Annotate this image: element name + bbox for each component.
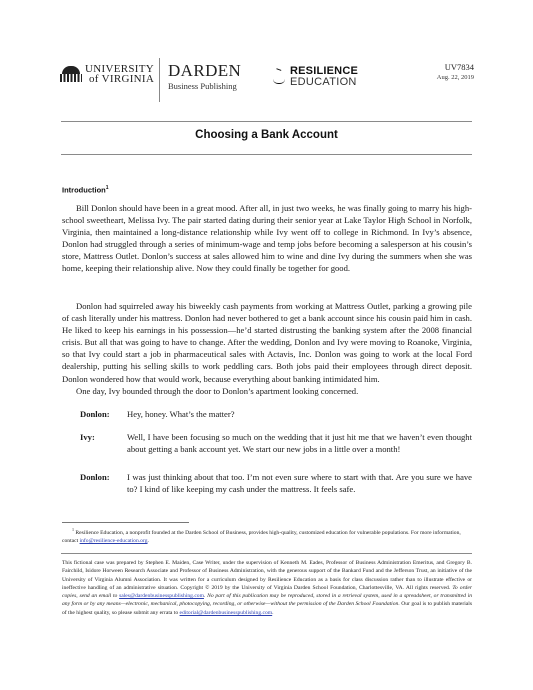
case-number: UV7834 xyxy=(437,62,474,73)
speaker-label: Donlon: xyxy=(80,408,127,420)
dialogue-text: Hey, honey. What’s the matter? xyxy=(127,408,472,420)
dialogue-line: Donlon: Hey, honey. What’s the matter? xyxy=(80,408,472,420)
rotunda-icon xyxy=(60,66,82,82)
legal-text-1: This fictional case was prepared by Step… xyxy=(62,560,472,591)
paragraph-1: Bill Donlon should have been in a great … xyxy=(62,202,472,275)
darden-name: DARDEN xyxy=(168,62,241,80)
footnote-marker: 1 xyxy=(72,527,74,532)
paragraph-2: Donlon had squirreled away his biweekly … xyxy=(62,300,472,385)
footnote: 1 Resilience Education, a nonprofit foun… xyxy=(62,526,472,545)
darden-subtitle: Business Publishing xyxy=(168,80,241,92)
legal-end: . xyxy=(272,610,273,616)
dialogue-line: Donlon: I was just thinking about that t… xyxy=(80,471,472,495)
editorial-email-link[interactable]: editorial@dardenbusinesspublishing.com xyxy=(180,610,273,616)
case-date: Aug. 22, 2019 xyxy=(437,73,474,82)
birds-icon xyxy=(273,67,287,87)
footnote-ref[interactable]: 1 xyxy=(106,185,109,191)
section-heading: Introduction1 xyxy=(62,185,109,195)
logo-divider xyxy=(159,58,160,102)
section-heading-text: Introduction xyxy=(62,186,106,195)
legal-rule xyxy=(61,553,472,554)
footnote-end: . xyxy=(148,538,149,544)
document-page: UNIVERSITY of VIRGINIA DARDEN Business P… xyxy=(0,0,533,690)
darden-logo: DARDEN Business Publishing xyxy=(168,62,241,92)
resilience-line2: EDUCATION xyxy=(290,77,358,88)
title-rule-bottom xyxy=(61,154,472,155)
dialogue-line: Ivy: Well, I have been focusing so much … xyxy=(80,431,472,455)
title-rule-top xyxy=(61,121,472,122)
sales-email-link[interactable]: sales@dardenbusinesspublishing.com xyxy=(119,593,204,599)
legal-notice: This fictional case was prepared by Step… xyxy=(62,559,472,617)
dialogue-text: Well, I have been focusing so much on th… xyxy=(127,431,472,455)
paragraph-3: One day, Ivy bounded through the door to… xyxy=(62,385,472,397)
speaker-label: Ivy: xyxy=(80,431,127,455)
page-title: Choosing a Bank Account xyxy=(61,129,472,141)
footnote-rule xyxy=(62,522,189,523)
resilience-logo: RESILIENCE EDUCATION xyxy=(273,66,358,88)
page-header: UNIVERSITY of VIRGINIA DARDEN Business P… xyxy=(60,58,474,102)
uva-logo: UNIVERSITY of VIRGINIA xyxy=(60,64,154,84)
dialogue-text: I was just thinking about that too. I’m … xyxy=(127,471,472,495)
footnote-email-link[interactable]: info@resilience-education.org xyxy=(80,538,148,544)
speaker-label: Donlon: xyxy=(80,471,127,495)
case-identifier: UV7834 Aug. 22, 2019 xyxy=(437,62,474,82)
uva-logo-line2: of VIRGINIA xyxy=(85,74,154,84)
